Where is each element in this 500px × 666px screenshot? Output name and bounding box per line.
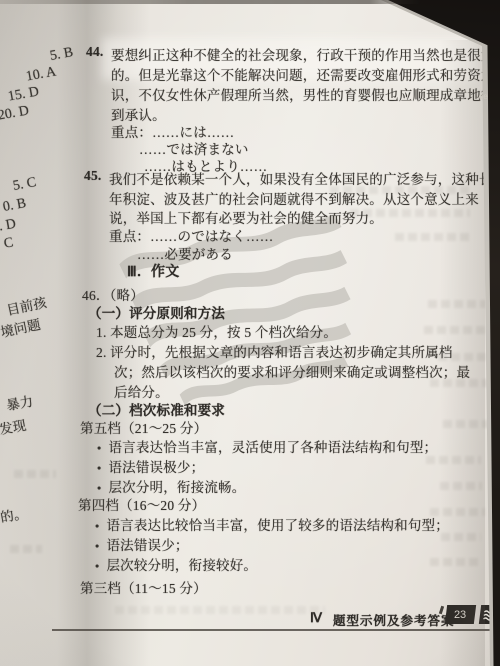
section-heading: Ⅲ．作文 [127, 261, 179, 281]
left-answer-fragment: 5. C [12, 175, 38, 195]
tier4-bullet: 语言表达比较恰当丰富，使用了较多的语法结构和句型； [95, 514, 449, 534]
tier5-bullet: 层次分明，衔接流畅。 [97, 476, 245, 496]
page-number-badge: 23 [445, 605, 476, 624]
tier5-bullet: 语言表达恰当丰富，灵活使用了各种语法结构和句型； [97, 436, 437, 456]
footer-rule [52, 629, 498, 631]
page-number: 23 [454, 609, 466, 621]
showthrough-smudge [443, 420, 489, 428]
scoring-point: 1. 本题总分为 25 分，按 5 个档次给分。 [96, 321, 337, 341]
left-answer-fragment: 15. D [7, 84, 40, 105]
part1-heading: （一）评分原则和方法 [88, 302, 225, 322]
scoring-point: 次；然后以该档次的要求和评分细则来确定或调整档次；最 [114, 361, 470, 381]
left-text-fragment: 暴力 [4, 390, 34, 414]
footer-section-number: Ⅳ [310, 610, 322, 626]
showthrough-smudge [10, 545, 42, 553]
left-text-fragment: 发现 [0, 414, 28, 438]
q46-label: 46．（略） [82, 284, 144, 304]
left-text-fragment: 的。 [0, 502, 29, 526]
left-answer-fragment: 0. B [2, 196, 28, 216]
part2-heading: （二）档次标准和要求 [88, 399, 225, 419]
showthrough-smudge [14, 470, 56, 478]
tier4-heading: 第四档（16～20 分） [78, 494, 205, 514]
q44-number: 44. [86, 44, 103, 60]
tier4-bullet: 语法错误少； [95, 534, 189, 554]
showthrough-smudge [440, 482, 482, 490]
q45-line: 年积淀、波及甚广的社会问题就得不到解决。从这个意义上来 [109, 188, 479, 208]
q45-line: 我们不是依赖某一个人，如果没有全体国民的广泛参与，这种长 [109, 168, 493, 188]
book-page-photo: 5. B 10. A 15. D 20. D 5. C 0. B . D C 目… [0, 0, 500, 666]
tier5-bullet: 语法错误极少； [97, 456, 204, 476]
footer-section-title: 题型示例及参考答案 [333, 611, 455, 629]
showthrough-smudge [430, 558, 480, 566]
left-answer-fragment: . D [0, 217, 17, 236]
background-text-fragment: we [477, 92, 488, 101]
q44-line: 要想纠正这种不健全的社会现象，行政干预的作用当然也是很大 [111, 44, 495, 64]
left-answer-fragment: 10. A [25, 64, 58, 85]
showthrough-smudge [115, 606, 325, 614]
q45-number: 45. [84, 168, 101, 184]
showthrough-smudge [426, 456, 481, 464]
left-text-fragment: 境问题 [0, 313, 42, 341]
q44-line: 的。但是光靠这个不能解决问题，还需要改变雇佣形式和劳资意 [111, 64, 495, 84]
left-answer-fragment: 5. B [49, 45, 75, 65]
showthrough-smudge [395, 233, 473, 241]
showthrough-smudge [424, 326, 490, 334]
showthrough-smudge [441, 533, 481, 541]
q45-keypoint: 重点：……のではなく…… [109, 225, 273, 245]
showthrough-smudge [428, 300, 486, 308]
scoring-point: 2. 评分时，先根据文章的内容和语言表达初步确定其所属档 [96, 341, 453, 361]
tier4-bullet: 层次较分明，衔接较好。 [95, 554, 257, 574]
q45-keypoint: ……必要がある [137, 243, 233, 263]
q44-line: 识，不仅女性休产假理所当然，男性的育婴假也应顺理成章地得 [111, 84, 495, 104]
page-top-edge-shadow [0, 0, 420, 4]
scoring-point: 后给分。 [114, 381, 169, 401]
q45-line: 说，举国上下都有必要为社会的健全而努力。 [109, 207, 383, 227]
left-answer-fragment: C [3, 235, 15, 252]
left-answer-fragment: 20. D [0, 103, 30, 124]
tier3-heading: 第三档（11～15 分） [80, 577, 207, 597]
tier5-heading: 第五档（21～25 分） [80, 417, 207, 437]
